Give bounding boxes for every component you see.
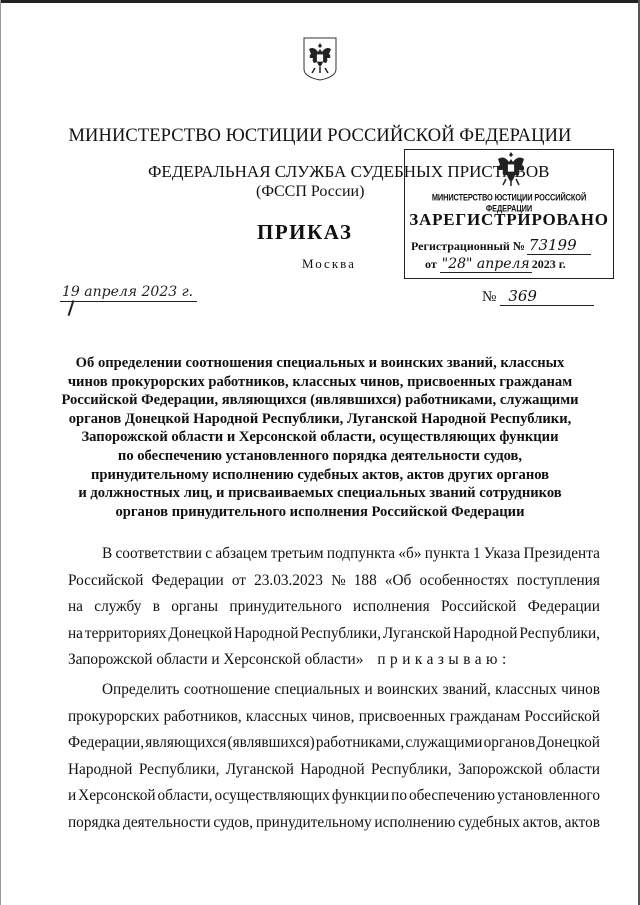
registration-stamp: МИНИСТЕРСТВО ЮСТИЦИИ РОССИЙСКОЙ ФЕДЕРАЦИ… [404,149,614,279]
heading-line: Российской Федерации, являющихся (являвш… [40,391,600,410]
order-word: приказываю: [377,647,510,674]
text-line: Федерации,являющихся(являвшихся)работник… [68,730,600,757]
heading-line: органов Донецкой Народной Республики, Лу… [40,410,600,429]
text-line: Всоответствиисабзацемтретьимподпункта«б»… [68,541,600,568]
date-handwritten: "28" апреля [440,256,532,273]
pen-stroke [68,300,74,316]
text-line: Определитьсоотношениеспециальныхивоински… [68,677,600,704]
stamp-status: ЗАРЕГИСТРИРОВАНО [405,210,613,230]
document-type: ПРИКАЗ [257,220,352,245]
text-line: РоссийскойФедерацииот23.03.2023№188«Обос… [68,568,600,595]
heading-line: принудительному исполнению судебных акто… [40,466,600,485]
operative-paragraph: Определитьсоотношениеспециальныхивоински… [68,677,600,837]
text-line: прокурорскихработников,классныхчинов,при… [68,704,600,731]
preamble-paragraph: Всоответствиисабзацемтретьимподпункта«б»… [68,541,600,674]
city: Москва [302,256,356,272]
number-label: № [482,289,496,305]
scan-edge-top [0,0,640,3]
handwritten-date: 19 апреля 2023 г. [60,284,197,302]
text-line: наслужбуворганыпринудительногоисполнения… [68,594,600,621]
heading-line: по обеспечению установленного порядка де… [40,447,600,466]
handwritten-date-text: 19 апреля 2023 г. [62,284,193,300]
text-line: иХерсонскойобласти,осуществляющихфункции… [68,783,600,810]
text-line-final: Запорожской области и Херсонской области… [68,647,600,674]
reg-label: Регистрационный № [411,239,525,253]
heading-line: Запорожской области и Херсонской области… [40,428,600,447]
service-abbreviation: (ФССП России) [256,183,364,201]
ministry-title: МИНИСТЕРСТВО ЮСТИЦИИ РОССИЙСКОЙ ФЕДЕРАЦИ… [0,126,640,147]
heading-line: Об определении соотношения специальных и… [40,354,600,373]
heading-line: органов принудительного исполнения Росси… [40,503,600,522]
reg-number: 73199 [527,236,591,255]
text-line: Запорожской области и Херсонской области… [68,647,363,674]
russian-coat-of-arms-icon [303,37,337,81]
text-line: натерриторияхДонецкойНароднойРеспублики,… [68,621,600,648]
date-prefix: от [425,257,437,271]
stamp-registration-number: Регистрационный №73199 [411,236,591,254]
number-handwritten: 369 [500,287,594,306]
order-subject-heading: Об определении соотношения специальных и… [40,354,600,521]
text-line: НароднойРеспублики,ЛуганскойНароднойРесп… [68,757,600,784]
heading-line: и должностных лиц, и присваиваемых специ… [40,484,600,503]
order-number: №369 [482,287,594,306]
heading-line: чинов прокурорских работников, классных … [40,373,600,392]
russian-coat-of-arms-icon [495,150,527,188]
date-year: 2023 г. [532,257,566,271]
text-line: порядкадеятельностисудов,принудительному… [68,810,600,837]
stamp-date: от "28" апреля2023 г. [425,256,566,272]
